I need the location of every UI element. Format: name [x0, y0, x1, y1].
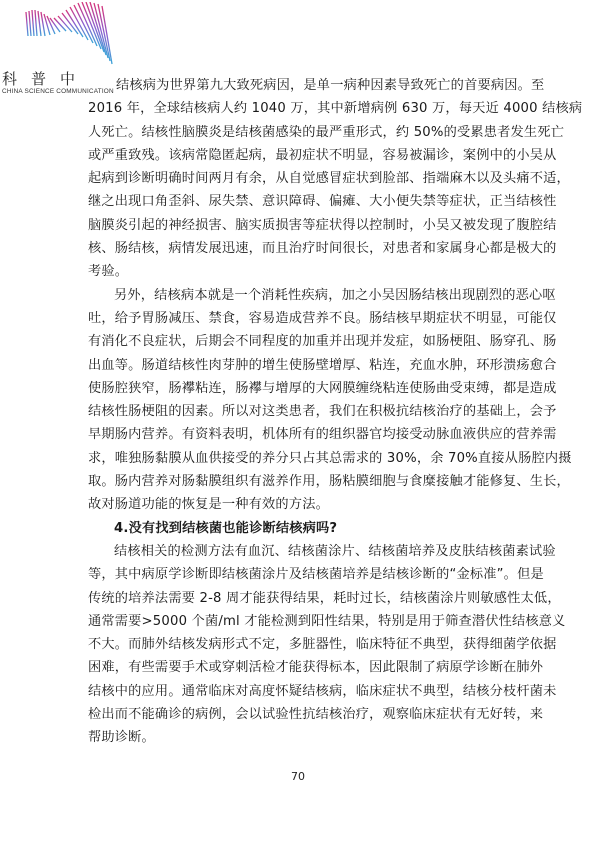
paragraph-1: 结核病为世界第九大致死病因，是单一病种因素导致死亡的首要病因。至 2016 年，…: [88, 74, 514, 284]
text-line: 不大。而肺外结核发病形式不定，多脏器性，临床特征不典型，获得细菌学依据: [88, 633, 514, 656]
text-line: 帮助诊断。: [88, 726, 514, 749]
paragraph-2: 另外，结核病本就是一个消耗性疾病，加之小吴因肠结核出现剧烈的恶心呕 吐，给予胃肠…: [88, 284, 514, 517]
text-line: 通常需要>5000 个菌/ml 才能检测到阳性结果，特别是用于筛查潜伏性结核意义: [88, 610, 514, 633]
paragraph-3: 结核相关的检测方法有血沉、结核菌涂片、结核菌培养及皮肤结核菌素试验 等，其中病原…: [88, 540, 514, 750]
text-line: 困难，有些需要手术或穿刺活检才能获得标本，因此限制了病原学诊断在肺外: [88, 656, 514, 679]
text-line: 另外，结核病本就是一个消耗性疾病，加之小吴因肠结核出现剧烈的恶心呕: [88, 284, 514, 307]
text-line: 考验。: [88, 260, 514, 283]
text-line: 人死亡。结核性脑膜炎是结核菌感染的最严重形式，约 50%的受累患者发生死亡: [88, 121, 514, 144]
text-line: 结核病为世界第九大致死病因，是单一病种因素导致死亡的首要病因。至: [88, 74, 514, 97]
logo-wave-icon: [20, 2, 140, 68]
text-line: 起病到诊断明确时间两月有余，从自觉感冒症状到脸部、指端麻木以及头痛不适，: [88, 167, 514, 190]
text-line: 传统的培养法需要 2-8 周才能获得结果，耗时过长，结核菌涂片则敏感性太低，: [88, 587, 514, 610]
text-line: 吐，给予胃肠减压、禁食，容易造成营养不良。肠结核早期症状不明显，可能仅: [88, 307, 514, 330]
text-line: 求，唯独肠黏膜从血供接受的养分只占其总需求的 30%，余 70%直接从肠腔内摄: [88, 447, 514, 470]
text-line: 结核性肠梗阻的因素。所以对这类患者，我们在积极抗结核治疗的基础上，会予: [88, 400, 514, 423]
text-line: 有消化不良症状，后期会不同程度的加重并出现并发症，如肠梗阻、肠穿孔、肠: [88, 330, 514, 353]
text-line: 脑膜炎引起的神经损害、脑实质损害等症状得以控制时，小吴又被发现了腹腔结: [88, 214, 514, 237]
text-line: 取。肠内营养对肠黏膜组织有滋养作用，肠粘膜细胞与食糜接触才能修复、生长，: [88, 470, 514, 493]
text-line: 检出而不能确诊的病例，会以试验性抗结核治疗，观察临床症状有无好转，来: [88, 703, 514, 726]
text-line: 出血等。肠道结核性肉芽肿的增生使肠壁增厚、粘连，充血水肿，环形溃疡愈合: [88, 354, 514, 377]
text-line: 等，其中病原学诊断即结核菌涂片及结核菌培养是结核诊断的“金标准”。但是: [88, 563, 514, 586]
document-body: 结核病为世界第九大致死病因，是单一病种因素导致死亡的首要病因。至 2016 年，…: [88, 74, 514, 750]
text-line: 早期肠内营养。有资料表明，机体所有的组织器官均接受动脉血液供应的营养需: [88, 423, 514, 446]
text-line: 结核中的应用。通常临床对高度怀疑结核病，临床症状不典型，结核分枝杆菌未: [88, 680, 514, 703]
section-heading: 4.没有找到结核菌也能诊断结核病吗?: [88, 517, 514, 540]
text-line: 结核相关的检测方法有血沉、结核菌涂片、结核菌培养及皮肤结核菌素试验: [88, 540, 514, 563]
text-line: 2016 年，全球结核病人约 1040 万，其中新增病例 630 万，每天近 4…: [88, 97, 514, 120]
page-number: 70: [0, 770, 596, 783]
text-line: 继之出现口角歪斜、尿失禁、意识障碍、偏瘫、大小便失禁等症状，正当结核性: [88, 190, 514, 213]
text-line: 核、肠结核，病情发展迅速，而且治疗时间很长，对患者和家属身心都是极大的: [88, 237, 514, 260]
text-line: 或严重致残。该病常隐匿起病，最初症状不明显，容易被漏诊，案例中的小吴从: [88, 144, 514, 167]
text-line: 使肠腔狭窄，肠襻粘连，肠襻与增厚的大网膜缠绕粘连使肠曲受束缚，都是造成: [88, 377, 514, 400]
text-line: 故对肠道功能的恢复是一种有效的方法。: [88, 493, 514, 516]
logo-chinese-text: 科普中: [2, 68, 89, 89]
